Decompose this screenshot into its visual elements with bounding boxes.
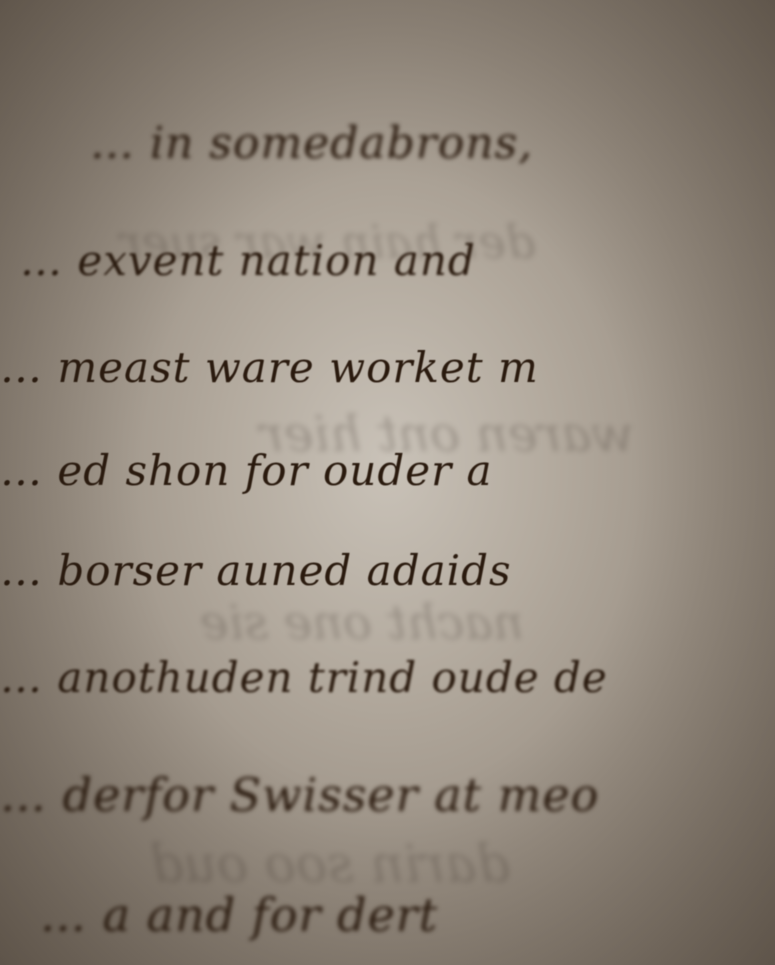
script-line-4: … ed shon for ouder a — [0, 446, 493, 495]
bleed-line: darin soo oud — [150, 835, 510, 895]
script-line-1: … in somedabrons, — [90, 118, 533, 169]
script-line-2: … exvent nation and — [20, 236, 476, 285]
script-line-5: … borser auned adaids — [0, 546, 512, 595]
bleed-line: nacht one sie — [200, 595, 524, 651]
script-line-7: … derfor Swisser at meo — [0, 768, 599, 822]
script-line-6: … anothuden trind oude de — [0, 653, 608, 702]
script-line-8: … a and for dert — [40, 888, 438, 942]
manuscript-photo: der hain war suer waren ont hier nacht o… — [0, 0, 775, 965]
script-line-3: … meast ware worket m — [0, 343, 539, 392]
